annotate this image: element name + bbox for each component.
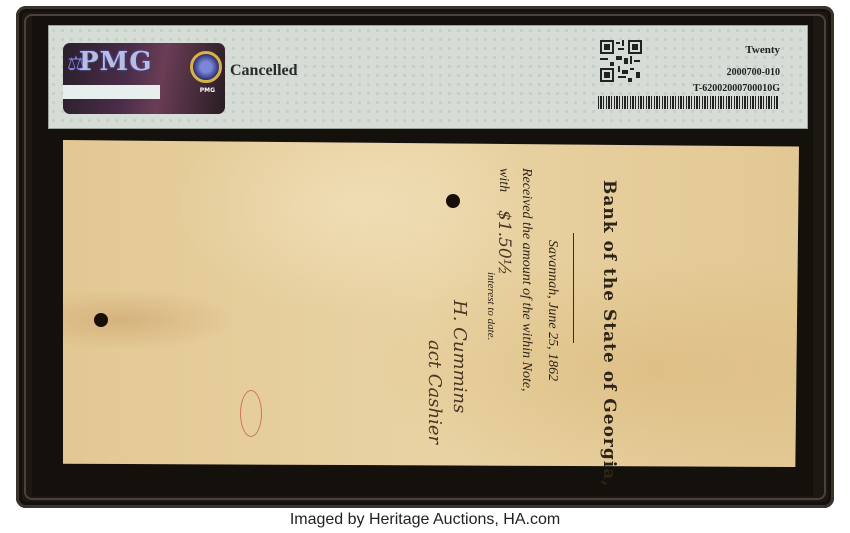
- pmg-logo: ⚖ PMG PMG: [63, 43, 225, 114]
- interest-line: interest to date.: [485, 272, 497, 340]
- bank-title: Bank of the State of Georgia,: [599, 180, 619, 487]
- qr-code-icon: [600, 40, 642, 82]
- signature-name: H. Cummins: [449, 300, 470, 413]
- logo-small-text: PMG: [200, 87, 215, 94]
- certification-number: T-62002000700010G: [693, 83, 780, 94]
- red-ink-mark: [240, 390, 262, 437]
- cancellation-hole: [446, 194, 460, 208]
- received-line: Received the amount of the within Note,: [518, 168, 534, 392]
- image-credit: Imaged by Heritage Auctions, HA.com: [0, 511, 850, 529]
- cancellation-hole: [94, 313, 108, 327]
- grade-text: Cancelled: [230, 62, 298, 80]
- with-label: with: [495, 168, 511, 192]
- ornamental-divider: [573, 233, 574, 343]
- catalog-number: 2000700-010: [727, 67, 780, 78]
- signature-title: act Cashier: [424, 340, 445, 444]
- hologram-seal-icon: [190, 51, 222, 83]
- place-date: Savannah, June 25, 1862: [544, 240, 560, 381]
- barcode: [598, 96, 778, 109]
- handwritten-amount: $1.50½: [494, 210, 514, 275]
- logo-white-strip: [63, 85, 160, 99]
- brand-text: PMG: [79, 47, 153, 77]
- denomination-text: Twenty: [745, 44, 780, 56]
